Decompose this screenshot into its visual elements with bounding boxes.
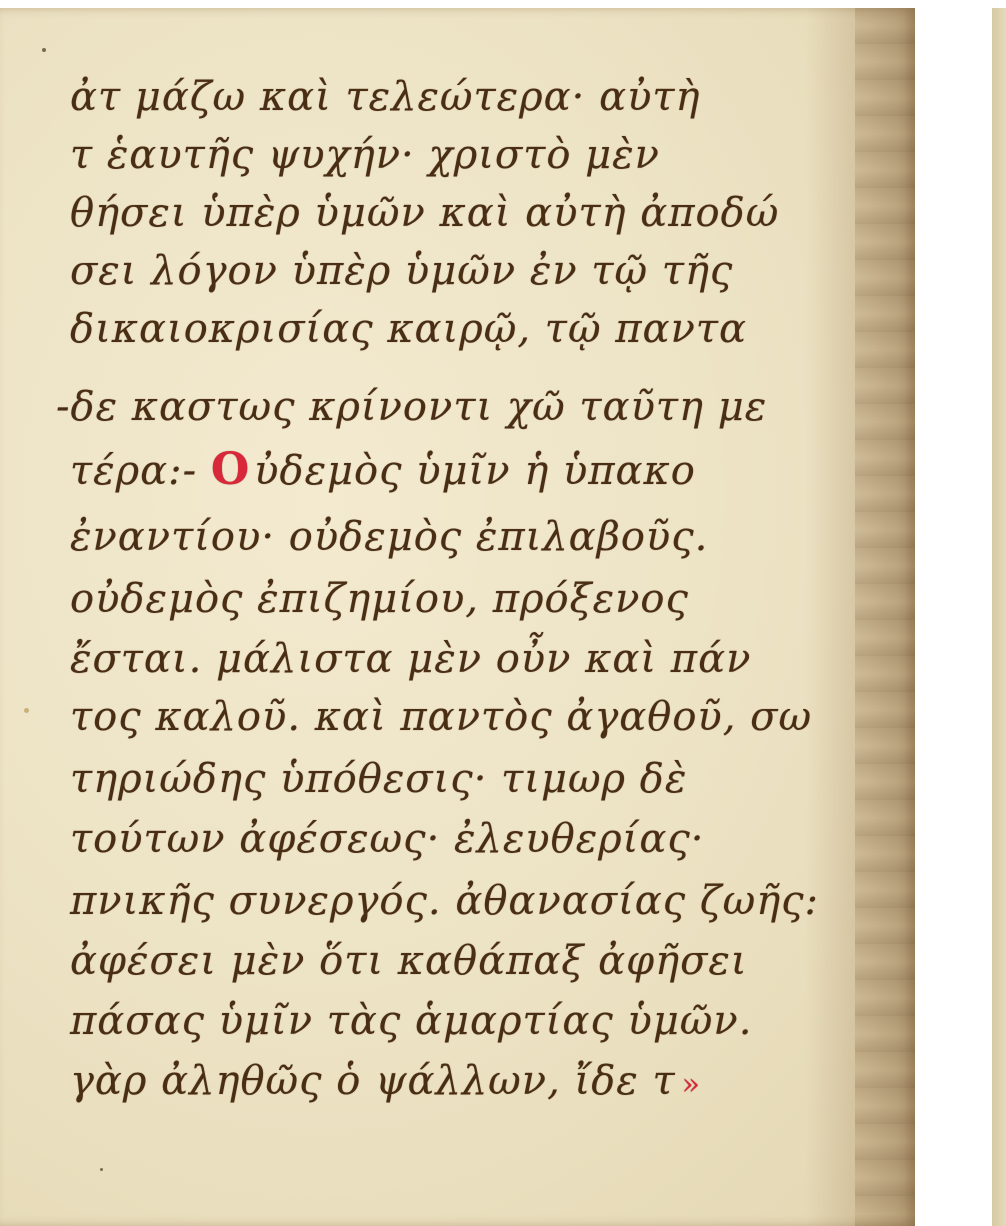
text-line: οὐδεμὸς ἐπιζημίου, πρόξενος	[70, 576, 689, 622]
ink-speck	[42, 48, 46, 52]
page-edge-stain	[855, 8, 915, 1226]
text-line: τηριώδης ὑπόθεσις· τιμωρ δὲ	[70, 756, 687, 802]
adjacent-page-edge	[992, 8, 1006, 1226]
text-line: -δε καστως κρίνοντι χῶ ταῦτη με	[56, 384, 767, 430]
text-line: ἔσται. μάλιστα μὲν οὖν καὶ πάν	[70, 636, 751, 682]
text-line: πάσας ὑμῖν τὰς ἁμαρτίας ὑμῶν.	[70, 998, 752, 1044]
text-line: τος καλοῦ. καὶ παντὸς ἀγαθοῦ, σω	[70, 694, 812, 740]
text-line: θήσει ὑπὲρ ὑμῶν καὶ αὐτὴ ἀποδώ	[70, 190, 779, 236]
text-line: τούτων ἀφέσεως· ἐλευθερίας·	[70, 816, 704, 862]
text-line: δικαιοκρισίας καιρῷ, τῷ παντα	[70, 306, 747, 352]
end-mark: »	[682, 1067, 701, 1102]
text-line: πνικῆς συνεργός. ἀθανασίας ζωῆς:	[70, 878, 819, 924]
text-line: τ ἑαυτῆς ψυχήν· χριστὸ μὲν	[70, 132, 660, 178]
text-segment: γὰρ ἀληθῶς ὁ ψάλλων, ἴδε τ	[70, 1058, 676, 1104]
rubricated-initial: Ο	[211, 444, 250, 495]
text-segment: ὐδεμὸς ὑμῖν ἡ ὑπακο	[254, 448, 696, 494]
text-line-final: γὰρ ἀληθῶς ὁ ψάλλων, ἴδε τ»	[70, 1058, 701, 1104]
text-line-with-initial: τέρα:- Οὐδεμὸς ὑμῖν ἡ ὑπακο	[70, 444, 696, 495]
text-segment: τέρα:-	[70, 448, 197, 494]
text-line: ἀτ μάζω καὶ τελεώτερα· αὐτὴ	[70, 74, 701, 120]
ink-speck	[100, 1168, 103, 1171]
text-line: ἐναντίου· οὐδεμὸς ἐπιλαβοῦς.	[70, 514, 708, 560]
text-line: σει λόγον ὑπὲρ ὑμῶν ἐν τῷ τῆς	[70, 248, 733, 294]
ink-speck	[24, 708, 29, 713]
manuscript-page: ἀτ μάζω καὶ τελεώτερα· αὐτὴ τ ἑαυτῆς ψυχ…	[0, 8, 915, 1226]
text-line: ἀφέσει μὲν ὅτι καθάπαξ ἀφῆσει	[70, 938, 748, 984]
